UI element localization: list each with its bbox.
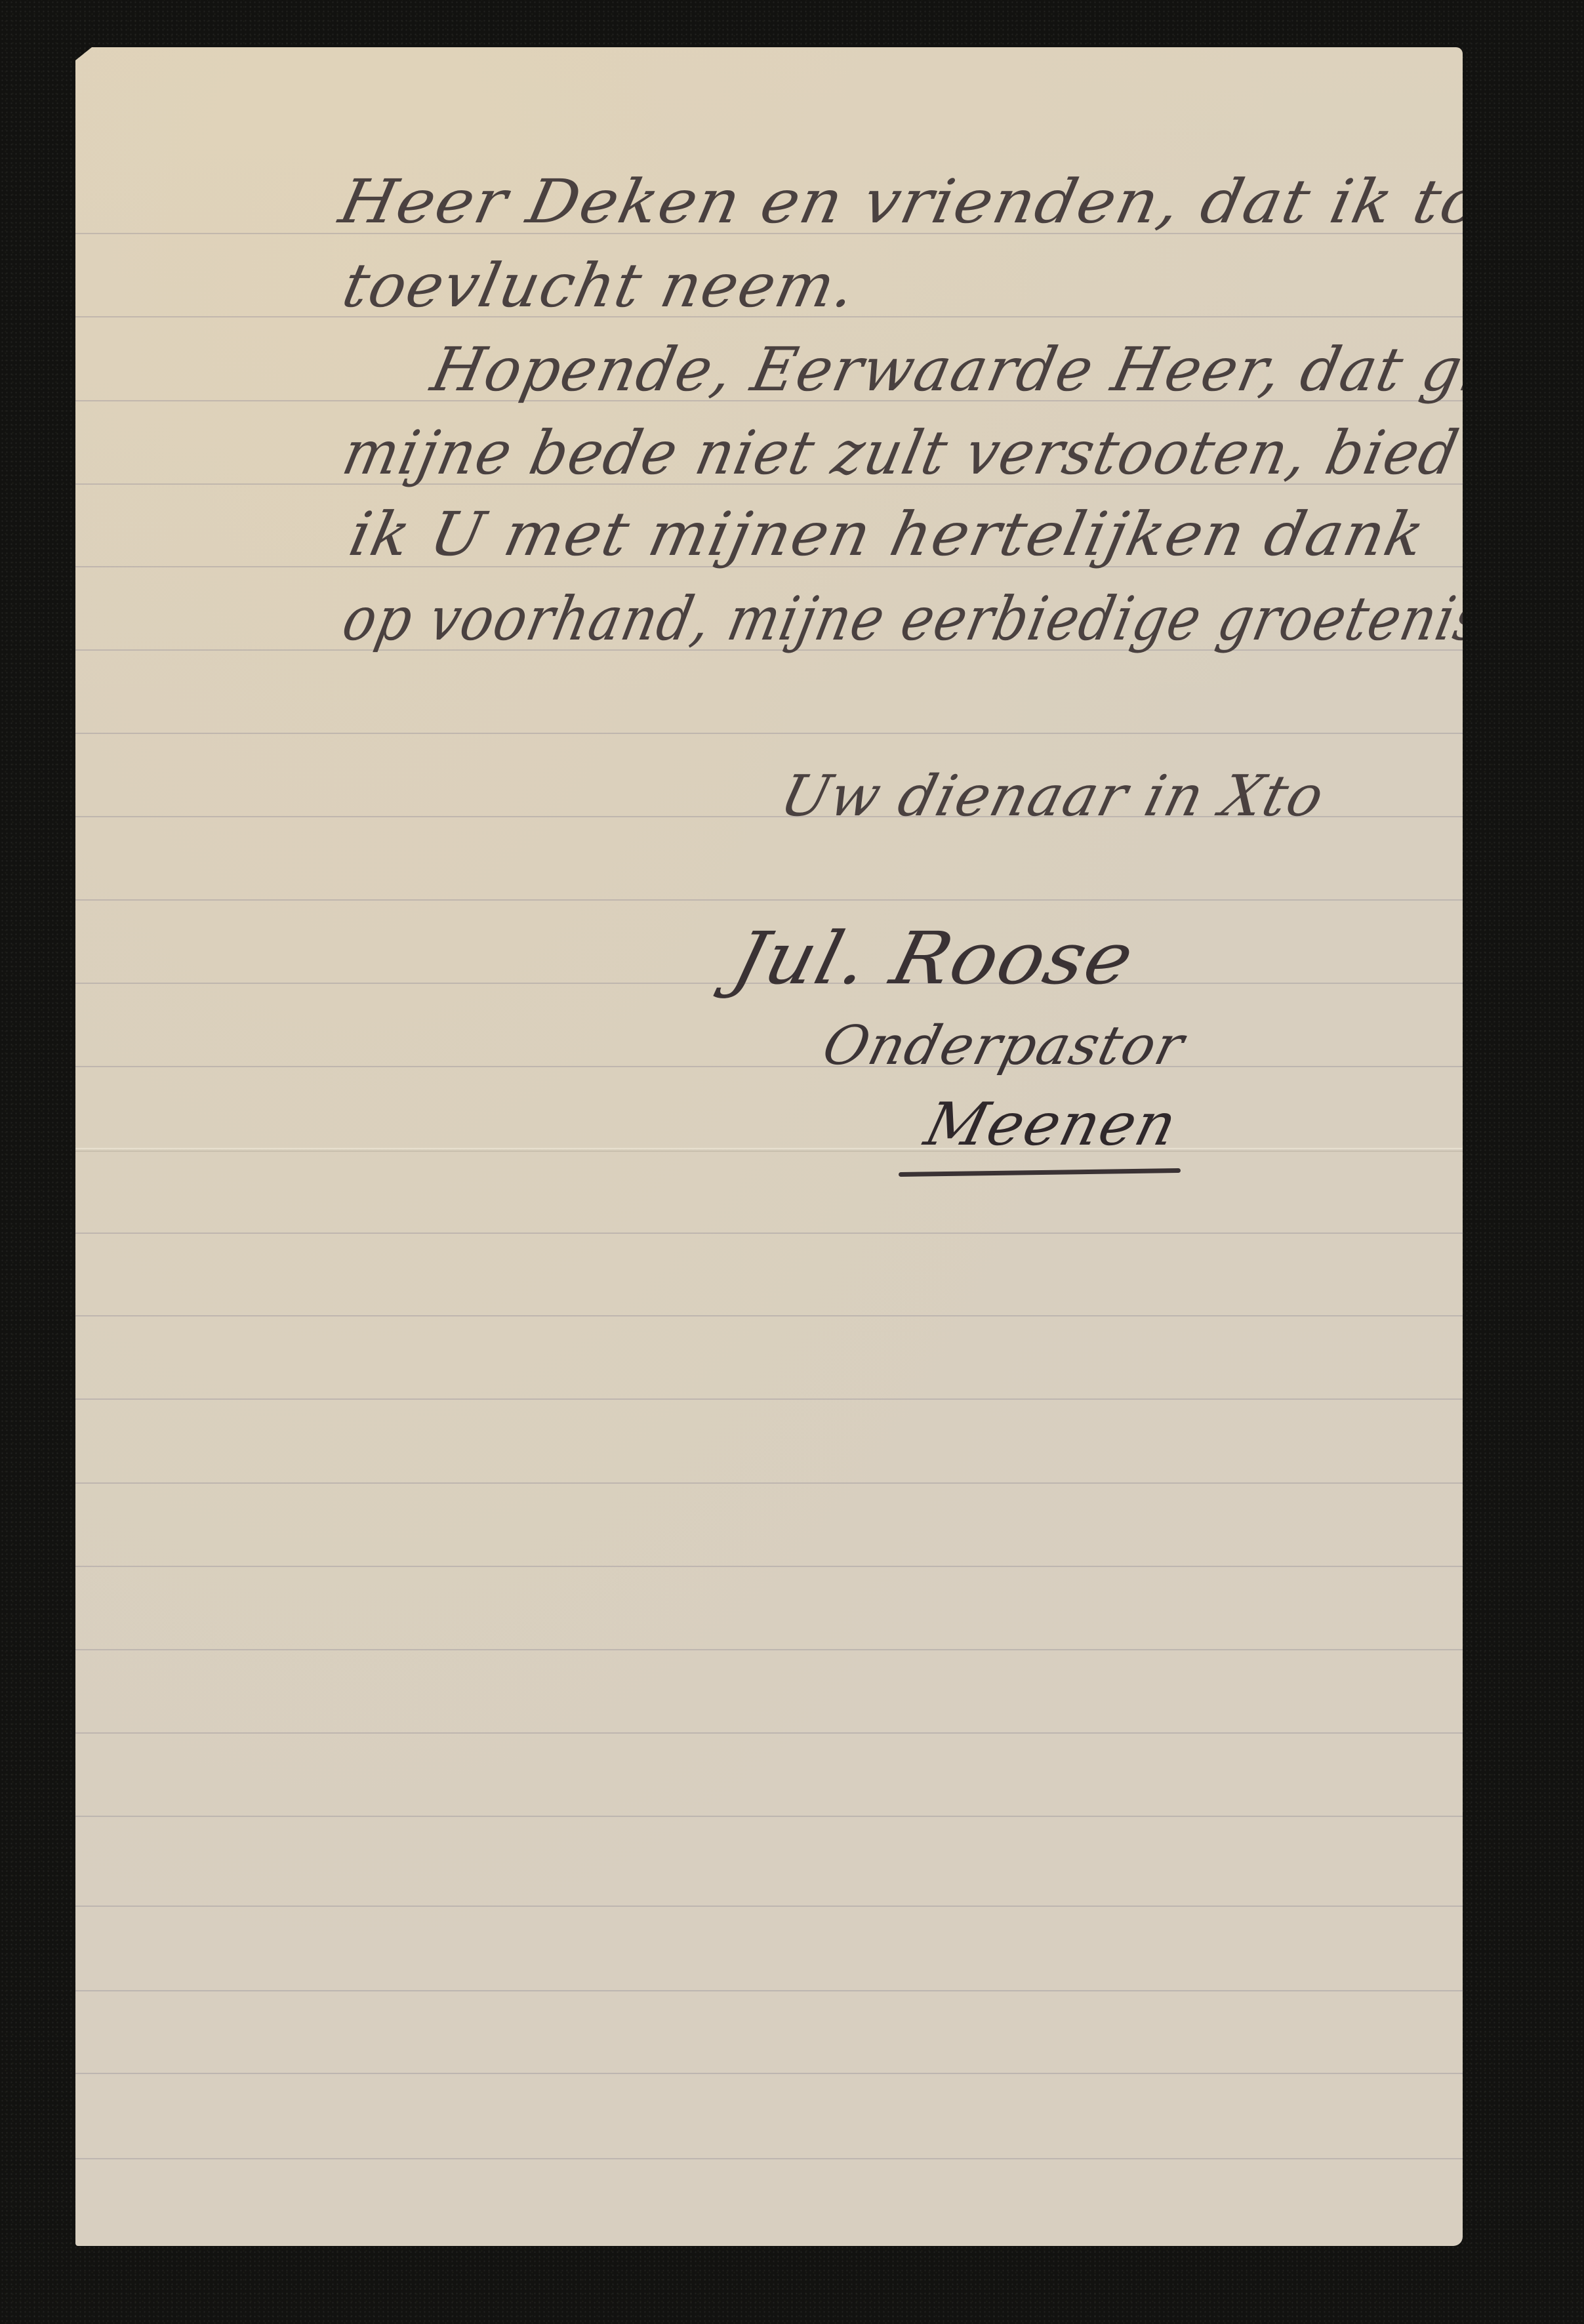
signer-title: Onderpastor — [817, 1015, 1191, 1077]
ruled-line — [75, 1315, 1463, 1316]
ruled-line — [75, 1398, 1463, 1400]
fold-crease — [75, 1148, 1463, 1152]
ruled-line — [75, 733, 1463, 734]
ruled-line — [75, 1233, 1463, 1234]
ruled-line — [75, 1990, 1463, 1991]
letter-body-line: Hopende, Eerwaarde Heer, dat gij — [426, 340, 1508, 400]
letter-closing: Uw dienaar in Xto — [774, 764, 1331, 829]
letter-body-line: toevlucht neem. — [338, 256, 862, 316]
ruled-line — [75, 1649, 1463, 1650]
letter-body-line: Heer Deken en vrienden, dat ik tot U mij… — [335, 172, 1584, 232]
ruled-line — [75, 1906, 1463, 1907]
signer-place: Meenen — [918, 1090, 1185, 1159]
ruled-line — [75, 1482, 1463, 1484]
ruled-line — [75, 2073, 1463, 2074]
letter-page: Heer Deken en vrienden, dat ik tot U mij… — [75, 47, 1463, 2246]
place-underline — [899, 1168, 1181, 1177]
ruled-line — [75, 1066, 1463, 1067]
ruled-line — [75, 1732, 1463, 1734]
ruled-line — [75, 1816, 1463, 1817]
ruled-line — [75, 2158, 1463, 2159]
letter-body-line: op voorhand, mijne eerbiedige groeteniss… — [338, 589, 1584, 649]
letter-body-line: ik U met mijnen hertelijken dank — [344, 504, 1431, 565]
letter-body-line: mijne bede niet zult verstooten, bied — [338, 423, 1464, 483]
signature: Jul. Roose — [725, 916, 1143, 1000]
ruled-line — [75, 899, 1463, 901]
ruled-line — [75, 1566, 1463, 1567]
